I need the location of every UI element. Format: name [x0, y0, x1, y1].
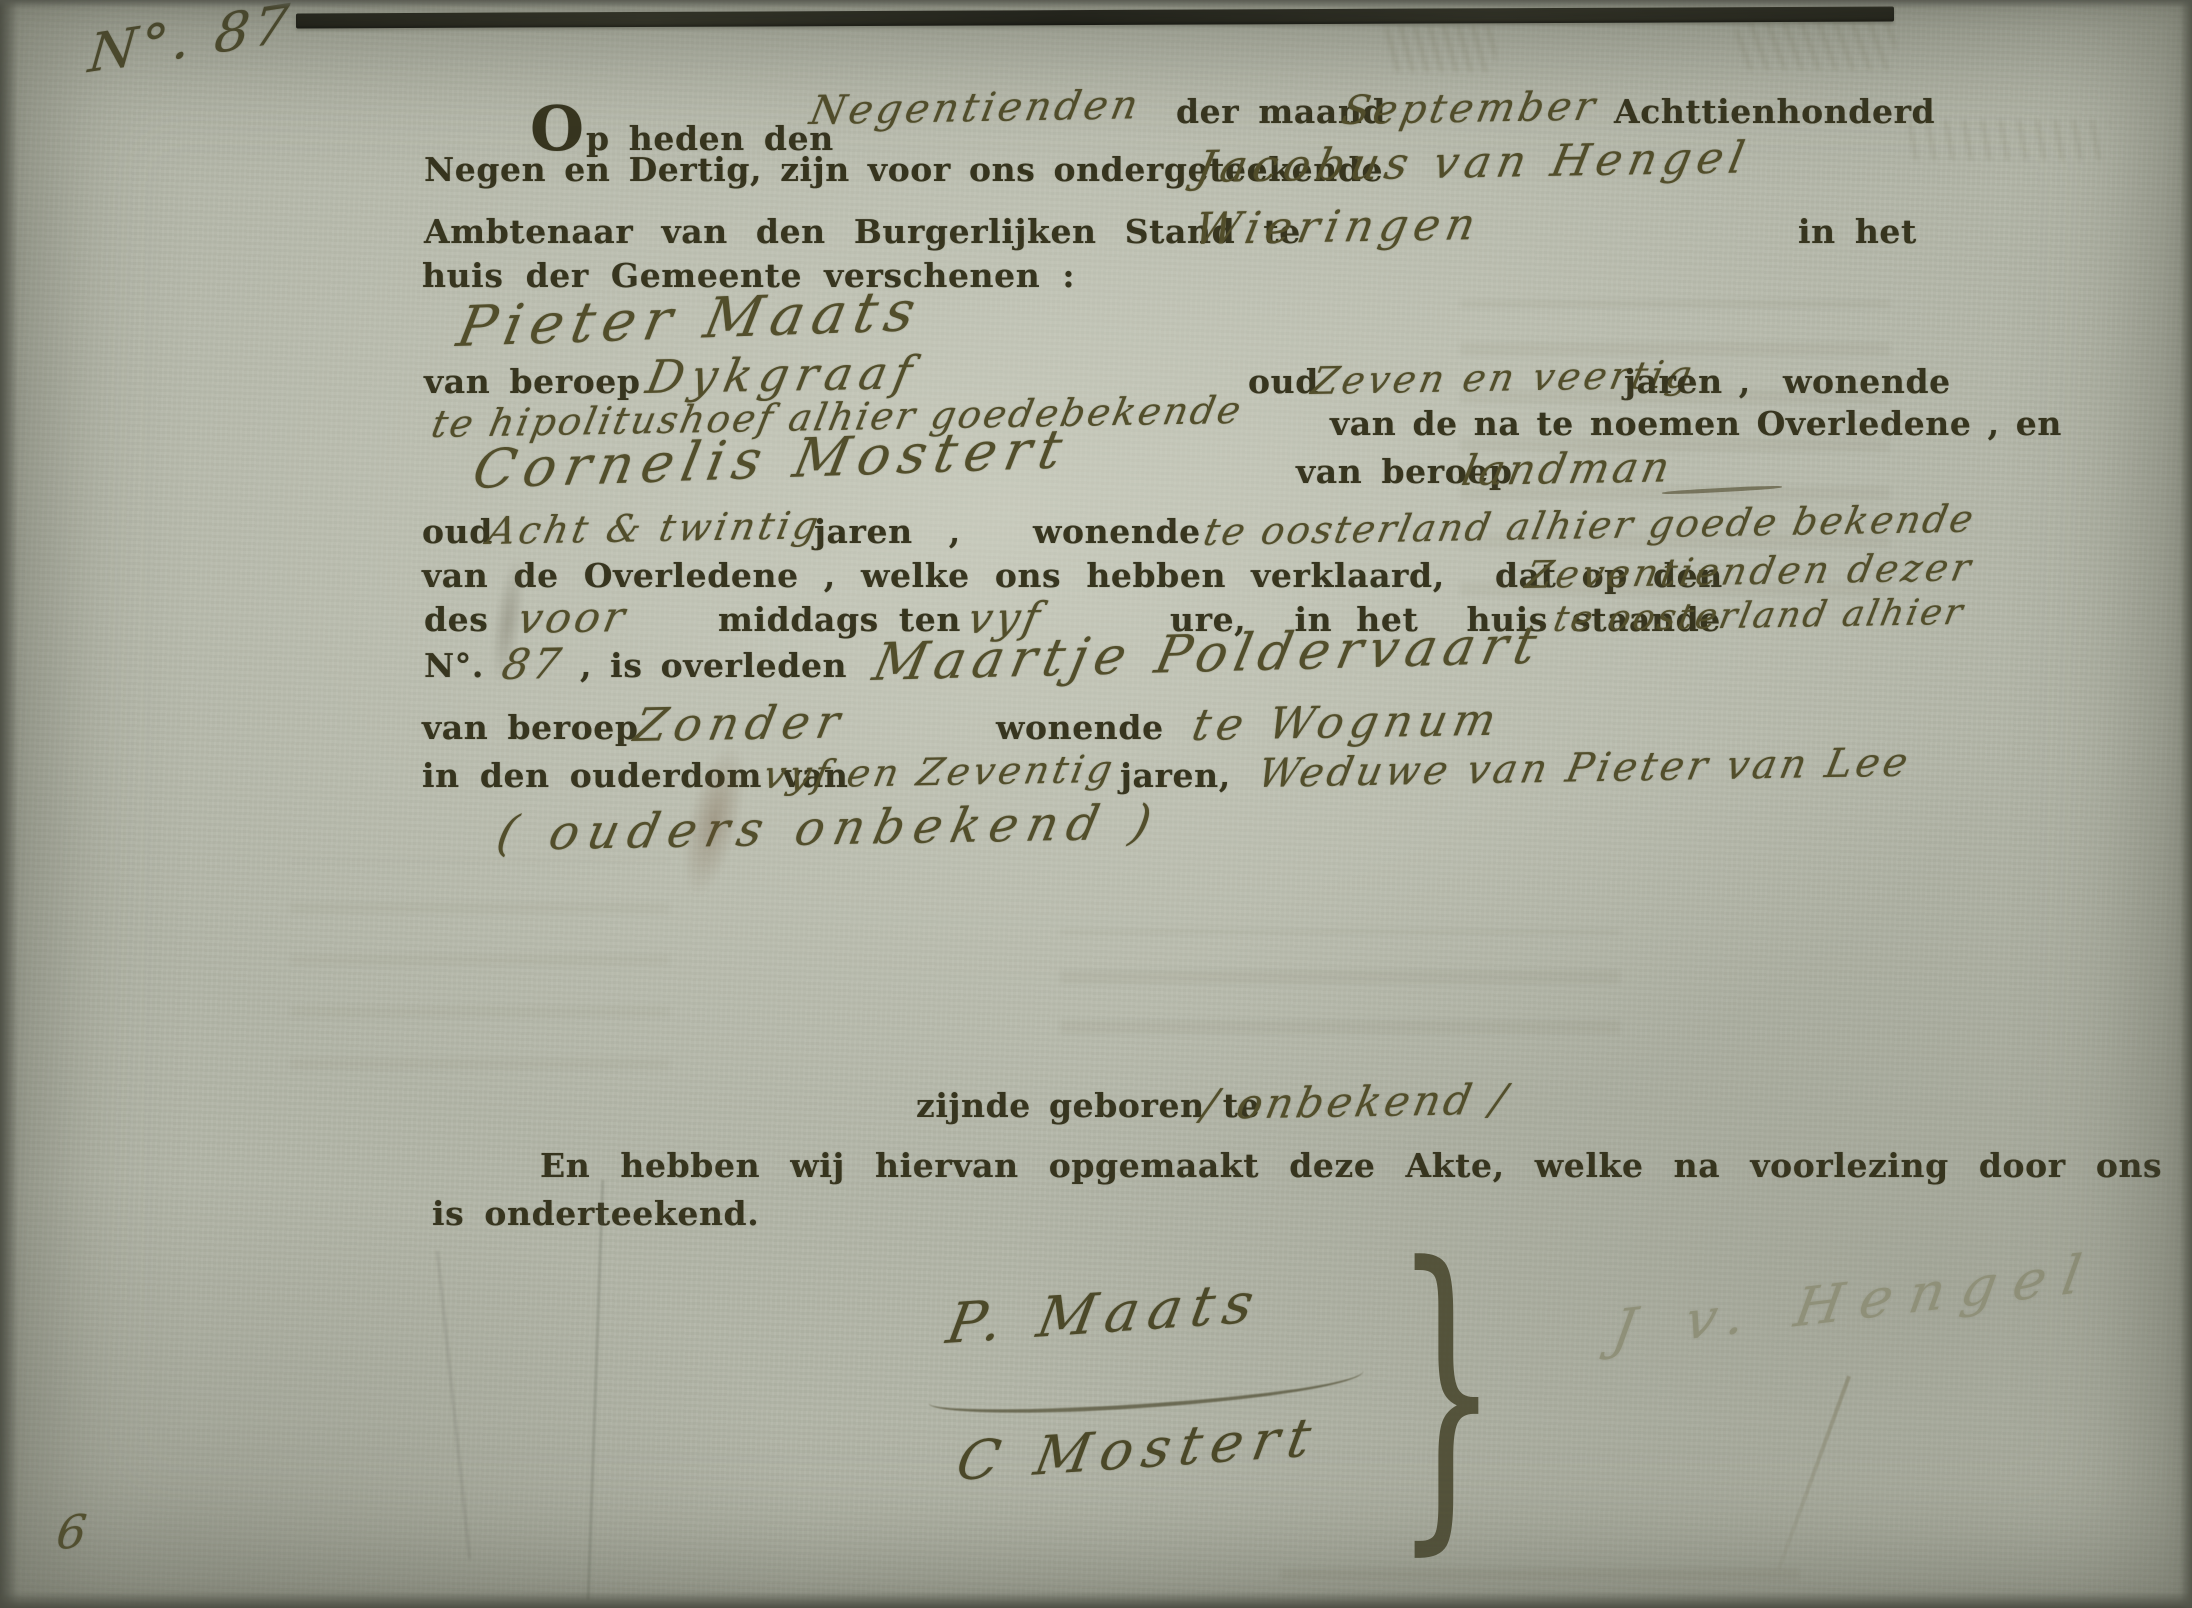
- handwritten-age-2: Acht & twintig: [484, 503, 825, 553]
- printed-jaren: jaren,: [1120, 756, 1231, 795]
- handwritten-month: September: [1338, 84, 1602, 134]
- ink-bleedthrough-topright-2: [1736, 22, 1896, 70]
- handwritten-official-name: Jacobus van Hengel: [1192, 132, 1754, 193]
- handwritten-death-place: te oosterland alhier: [1550, 592, 1968, 640]
- line-opening-date: Op heden den Negentienden der maand Sept…: [0, 92, 2192, 146]
- paper-fold-crease-2: [436, 1251, 471, 1560]
- handwritten-deceased-age: vyf en Zeventig: [760, 747, 1120, 797]
- official-signature: J v. Hengel: [1608, 1241, 2102, 1361]
- handwritten-day-of-month: Negentienden: [806, 82, 1145, 134]
- line-born-at: zijnde geboren te / onbekend /: [0, 1086, 2192, 1140]
- line-closing-2: is onderteekend.: [0, 1194, 2192, 1248]
- printed-top-rule: [296, 7, 1894, 29]
- printed-des: des: [424, 600, 488, 639]
- handwritten-deceased-occupation: Zonder: [630, 694, 851, 752]
- printed-is-overleden: , is overleden: [580, 646, 847, 685]
- record-number: N°. 87: [86, 0, 295, 85]
- printed-van-beroep-1: van beroep: [424, 362, 641, 401]
- printed-achttienhonderd: Achttienhonderd: [1614, 92, 1935, 131]
- handwritten-voor: voor: [514, 592, 632, 643]
- photo-edge-bottom: [0, 1592, 2192, 1608]
- ink-bleedthrough-mid-block: [1060, 930, 1620, 1070]
- official-signature-flourish: [1777, 1375, 1851, 1569]
- page-corner-mark: 6: [54, 1504, 93, 1560]
- line-deceased-name: N°. 87 , is overleden Maartje Poldervaar…: [0, 646, 2192, 700]
- printed-is-onderteekend: is onderteekend.: [432, 1194, 759, 1233]
- printed-ambtenaar-text: Ambtenaar van den Burgerlijken Stand te: [424, 212, 1301, 251]
- printed-closing-text: En hebben wij hiervan opgemaakt deze Akt…: [540, 1146, 2162, 1185]
- printed-wonende: wonende: [996, 708, 1164, 747]
- line-parents: ( ouders onbekend ): [0, 806, 2192, 860]
- line-closing-1: En hebben wij hiervan opgemaakt deze Akt…: [0, 1146, 2192, 1200]
- handwritten-municipality: Wieringen: [1190, 199, 1486, 255]
- handwritten-deceased-residence: te Wognum: [1188, 695, 1506, 751]
- line-declarant-1-name: Pieter Maats: [0, 295, 2192, 349]
- handwritten-parents-unknown: ( ouders onbekend ): [492, 795, 1165, 862]
- line-residence-1: te hipolitushoef alhier goedebekende van…: [0, 404, 2192, 458]
- printed-oud-1: oud: [1248, 362, 1319, 401]
- ink-bleedthrough-bottom: [1280, 1552, 1800, 1602]
- printed-oud-2: oud: [422, 512, 493, 551]
- printed-house-no-label: N°.: [424, 646, 484, 685]
- handwritten-birthplace-unknown: / onbekend /: [1198, 1075, 1514, 1129]
- ink-bleedthrough-topright-1: [1386, 26, 1496, 72]
- handwritten-house-number: 87: [498, 639, 568, 689]
- printed-jaren-wonende-1: jaren , wonende: [1624, 362, 1951, 401]
- witness-signature-1: P. Maats: [942, 1271, 1268, 1357]
- printed-van-beroep-3: van beroep: [422, 708, 639, 747]
- printed-in-het: in het: [1798, 212, 1917, 251]
- signature-brace: }: [1394, 1240, 1499, 1540]
- ink-bleedthrough-left-block: [290, 860, 670, 1110]
- witness-signature-2: C Mostert: [952, 1405, 1325, 1493]
- printed-na-te-noemen: van de na te noemen Overledene , en: [1330, 404, 2062, 443]
- handwritten-occupation-2: landman: [1458, 442, 1677, 495]
- line-year-official: Negen en Dertig, zijn voor ons ondergete…: [0, 150, 2192, 204]
- printed-jaren-wonende-2: jaren , wonende: [814, 512, 1201, 551]
- death-certificate-page: N°. 87 Op heden den Negentienden der maa…: [0, 0, 2192, 1608]
- handwritten-death-day: Zeventienden dezer: [1522, 545, 1978, 597]
